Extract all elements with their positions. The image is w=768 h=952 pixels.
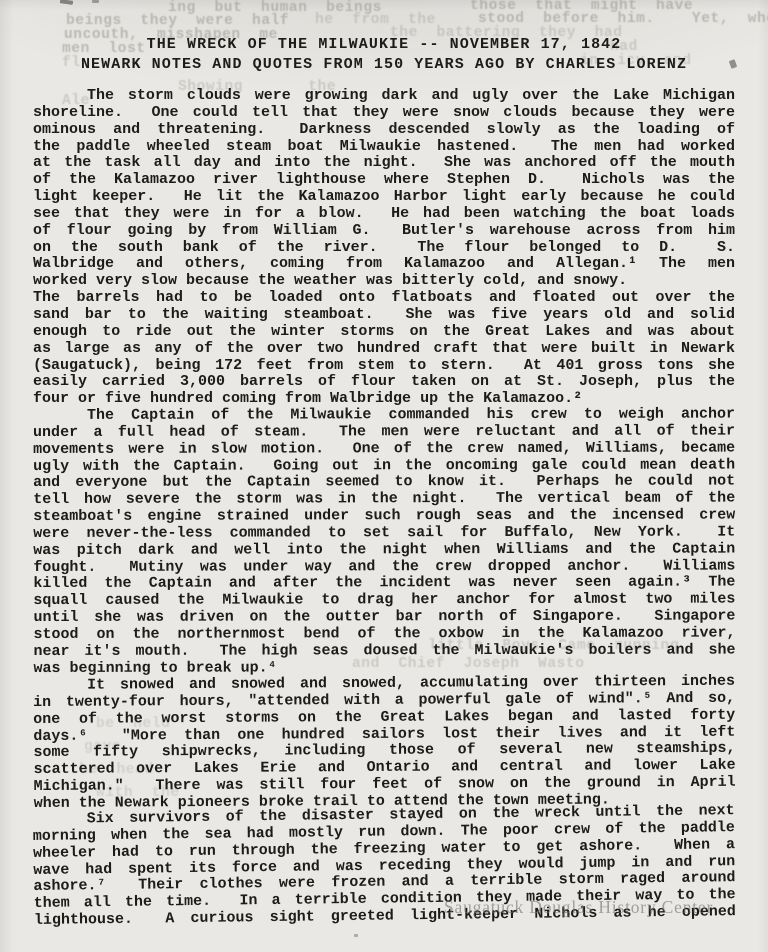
- text-line: shoreline. One could tell that they were…: [33, 105, 735, 122]
- text-line: light keeper. He lit the Kalamazoo Harbo…: [33, 189, 735, 206]
- text-line: killed the Captain and after the inciden…: [33, 575, 735, 593]
- text-line: The Captain of the Milwaukie commanded h…: [33, 407, 735, 425]
- text-line: ominous and threatening. Darkness descen…: [33, 122, 735, 139]
- document-body: The storm clouds were growing dark and u…: [33, 88, 735, 930]
- text-line: (Saugatuck), being 172 feet from stem to…: [33, 358, 735, 375]
- text-line: sand bar to the waiting steamboat. She w…: [33, 307, 735, 324]
- document-title-line-2: NEWARK NOTES AND QUOTES FROM 150 YEARS A…: [33, 55, 735, 75]
- text-line: near it's mouth. The high seas doused th…: [33, 642, 735, 660]
- text-line: at the task all day and into the night. …: [33, 155, 735, 172]
- scanned-document-page: ing but human beingsthose that might hav…: [0, 0, 768, 952]
- bleed-through-text: beings they were half: [66, 13, 289, 29]
- text-line: enough to ride out the winter storms on …: [33, 324, 735, 341]
- text-line: ugly with the Captain. Going out in the …: [33, 457, 735, 475]
- text-line: stood on the northernmost bend of the ox…: [33, 626, 735, 644]
- text-line: on the south bank of the river. The flou…: [33, 240, 735, 257]
- text-line: The storm clouds were growing dark and u…: [33, 88, 735, 105]
- text-line: steamboat's engine strained under such r…: [33, 508, 735, 526]
- bleed-through-text: those that might have: [470, 0, 693, 14]
- document-title-line-1: THE WRECK OF THE MILWAUKIE -- NOVEMBER 1…: [33, 35, 735, 55]
- text-line: worked very slow because the weather was…: [33, 273, 735, 290]
- bleed-through-text: he from the: [315, 12, 436, 28]
- text-line: easily carried 3,000 barrels of flour ta…: [33, 374, 735, 391]
- scan-artifact: [354, 934, 358, 937]
- text-line: were never-the-less commanded to set sai…: [33, 524, 735, 542]
- text-line: fought. Mutiny was under way and the cre…: [33, 558, 735, 576]
- text-line: and everyone but the Captain seemed to k…: [33, 474, 735, 492]
- text-line: squall caused the Milwaukie to drag her …: [33, 592, 735, 610]
- text-line: of the Kalamazoo river lighthouse where …: [33, 172, 735, 189]
- text-line: Walbridge and others, coming from Kalama…: [33, 256, 735, 273]
- text-line: until she was driven on the outter bar n…: [33, 609, 735, 627]
- scan-artifact: [92, 0, 99, 3]
- text-line: as large as any of the over two hundred …: [33, 341, 735, 358]
- text-line: see that they were in for a blow. He had…: [33, 206, 735, 223]
- paragraph-2: The Captain of the Milwaukie commanded h…: [33, 407, 736, 678]
- text-line: the paddle wheeled steam boat Milwaukie …: [33, 139, 735, 156]
- bleed-through-text: stood before him. Yet, when: [478, 11, 768, 27]
- text-line: movements were in slow motion. One of th…: [33, 440, 735, 458]
- text-line: under a full head of steam. The men were…: [33, 423, 735, 441]
- paragraph-4: Six survivors of the disaster stayed on …: [33, 803, 736, 930]
- text-line: was pitch dark and well into the night w…: [33, 541, 735, 559]
- text-line: four or five hundred coming from Walbrid…: [33, 391, 735, 408]
- text-line: The barrels had to be loaded onto flatbo…: [33, 290, 735, 307]
- text-line: tell how severe the storm was in the nig…: [33, 491, 735, 509]
- document-content: THE WRECK OF THE MILWAUKIE -- NOVEMBER 1…: [33, 35, 735, 930]
- paragraph-3: It snowed and snowed and snowed, accumul…: [33, 673, 736, 812]
- bleed-through-text: ing but human beings: [168, 0, 382, 16]
- scan-artifact: [60, 0, 73, 5]
- text-line: of flour going by from William G. Butler…: [33, 223, 735, 240]
- paragraph-1: The storm clouds were growing dark and u…: [33, 88, 735, 408]
